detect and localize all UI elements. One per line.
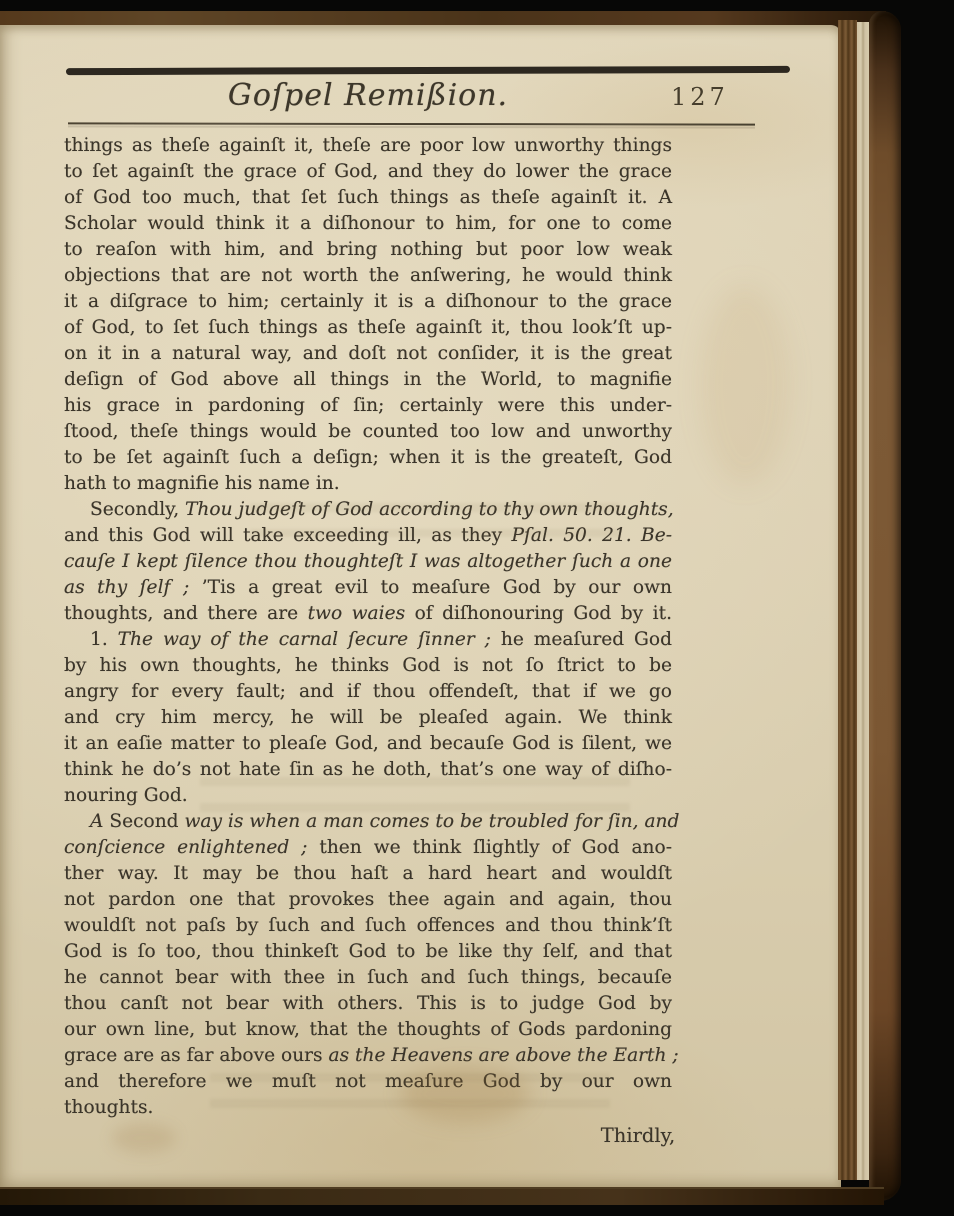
text-line: thoughts, and there are two waies of diſ… (64, 601, 672, 627)
leather-cover-edge (869, 11, 901, 1201)
page-number: 127 (671, 83, 729, 111)
text-segment: of God, to ſet ſuch things as theſe agai… (64, 317, 672, 338)
text-segment: way is when a man comes to be troubled f… (184, 811, 679, 832)
text-line: hath to magnifie his name in. (64, 471, 672, 497)
text-segment: to be ſet againſt ſuch a deſign; when it… (64, 447, 672, 468)
text-segment: angry for every fault; and if thou offen… (64, 681, 672, 702)
text-line: he cannot bear with thee in ſuch and ſuc… (64, 965, 672, 991)
catchword: Thirdly, (572, 1124, 704, 1147)
text-line: wouldſt not paſs by ſuch and ſuch offenc… (64, 913, 672, 939)
book-bottom-edge (0, 1187, 884, 1205)
text-line: 1. The way of the carnal ſecure ſinner ;… (64, 627, 672, 653)
text-segment: grace are as far above ours (64, 1045, 329, 1066)
text-segment: by his own thoughts, he thinks God is no… (64, 655, 672, 676)
text-line: think he do’s not hate ſin as he doth, t… (64, 757, 672, 783)
text-line: angry for every fault; and if thou offen… (64, 679, 672, 705)
text-line: of God too much, that ſet ſuch things as… (64, 185, 672, 211)
text-line: our own line, but know, that the thought… (64, 1017, 672, 1043)
header-rule-thick (66, 66, 790, 75)
text-segment: of diſhonouring God by it. (405, 603, 672, 624)
text-line: grace are as far above ours as the Heave… (64, 1043, 672, 1069)
text-line: ſtood, theſe things would be counted too… (64, 419, 672, 445)
text-line: thoughts. (64, 1095, 672, 1121)
text-segment: cauſe I kept ſilence thou thoughteſt I w… (64, 551, 672, 572)
text-segment: things as theſe againſt it, theſe are po… (64, 135, 672, 156)
text-line: objections that are not worth the anſwer… (64, 263, 672, 289)
text-segment: and therefore we muſt not meaſure God by… (64, 1071, 672, 1092)
text-segment: Secondly, (90, 499, 185, 520)
text-segment: as thy ſelf ; (64, 577, 189, 598)
text-segment: A (90, 811, 109, 832)
text-segment: nouring God. (64, 785, 188, 806)
header-rule-thin (68, 122, 755, 125)
text-line: Scholar would think it a diſhonour to hi… (64, 211, 672, 237)
text-line: and therefore we muſt not meaſure God by… (64, 1069, 672, 1095)
text-segment: hath to magnifie his name in. (64, 473, 340, 494)
text-segment: Second (109, 811, 184, 832)
text-segment: wouldſt not paſs by ſuch and ſuch offenc… (64, 915, 672, 936)
text-segment: he meaſured God (491, 629, 672, 650)
running-head-title: Goſpel Remißion. (64, 78, 672, 113)
text-segment: thoughts. (64, 1097, 153, 1118)
text-segment: his grace in pardoning of ſin; certainly… (64, 395, 672, 416)
text-line: nouring God. (64, 783, 672, 809)
text-line: ther way. It may be thou haſt a hard hea… (64, 861, 672, 887)
text-segment: of God too much, that ſet ſuch things as… (64, 187, 672, 208)
text-segment: thou canſt not bear with others. This is… (64, 993, 672, 1014)
text-segment: it a diſgrace to him; certainly it is a … (64, 291, 672, 312)
text-segment: to reaſon with him, and bring nothing bu… (64, 239, 672, 260)
text-line: of God, to ſet ſuch things as theſe agai… (64, 315, 672, 341)
text-segment: Scholar would think it a diſhonour to hi… (64, 213, 672, 234)
text-line: to ſet againſt the grace of God, and the… (64, 159, 672, 185)
text-line: cauſe I kept ſilence thou thoughteſt I w… (64, 549, 672, 575)
text-line: A Second way is when a man comes to be t… (64, 809, 672, 835)
text-segment: as the Heavens are above the Earth ; (329, 1045, 679, 1066)
text-line: not pardon one that provokes thee again … (64, 887, 672, 913)
text-line: his grace in pardoning of ſin; certainly… (64, 393, 672, 419)
text-line: deſign of God above all things in the Wo… (64, 367, 672, 393)
text-segment: then we think ſlightly of God ano- (307, 837, 672, 858)
text-line: it an eaſie matter to pleaſe God, and be… (64, 731, 672, 757)
text-segment: 1. (90, 629, 118, 650)
text-line: as thy ſelf ; ’Tis a great evil to meaſu… (64, 575, 672, 601)
text-segment: and cry him mercy, he will be pleaſed ag… (64, 707, 672, 728)
text-line: by his own thoughts, he thinks God is no… (64, 653, 672, 679)
text-line: God is ſo too, thou thinkeſt God to be l… (64, 939, 672, 965)
text-line: things as theſe againſt it, theſe are po… (64, 133, 672, 159)
text-line: and cry him mercy, he will be pleaſed ag… (64, 705, 672, 731)
text-line: conſcience enlightened ; then we think ſ… (64, 835, 672, 861)
text-segment: not pardon one that provokes thee again … (64, 889, 672, 910)
text-segment: God is ſo too, thou thinkeſt God to be l… (64, 941, 672, 962)
text-segment: conſcience enlightened ; (64, 837, 307, 858)
text-line: and this God will take exceeding ill, as… (64, 523, 672, 549)
body-text-block: things as theſe againſt it, theſe are po… (64, 133, 672, 1121)
text-segment: ther way. It may be thou haſt a hard hea… (64, 863, 672, 884)
text-segment: he cannot bear with thee in ſuch and ſuc… (64, 967, 672, 988)
text-line: to be ſet againſt ſuch a deſign; when it… (64, 445, 672, 471)
paper-stain (700, 285, 790, 485)
text-segment: The way of the carnal ſecure ſinner ; (118, 629, 491, 650)
text-segment: objections that are not worth the anſwer… (64, 265, 672, 286)
text-segment: Thou judgeſt of God according to thy own… (185, 499, 674, 520)
paper-stain (112, 1123, 176, 1153)
text-segment: it an eaſie matter to pleaſe God, and be… (64, 733, 672, 754)
text-segment: thoughts, and there are (64, 603, 308, 624)
text-line: thou canſt not bear with others. This is… (64, 991, 672, 1017)
text-segment: think he do’s not hate ſin as he doth, t… (64, 759, 672, 780)
text-segment: on it in a natural way, and doſt not con… (64, 343, 672, 364)
text-segment: to ſet againſt the grace of God, and the… (64, 161, 672, 182)
text-segment: and this God will take exceeding ill, as… (64, 525, 512, 546)
book-photograph: Goſpel Remißion. 127 things as theſe aga… (0, 0, 954, 1216)
page-block-fore-edge-light (857, 22, 869, 1180)
text-line: Secondly, Thou judgeſt of God according … (64, 497, 672, 523)
text-segment: ſtood, theſe things would be counted too… (64, 421, 672, 442)
page-block-fore-edge (838, 20, 857, 1180)
text-segment: our own line, but know, that the thought… (64, 1019, 672, 1040)
text-segment: ’Tis a great evil to meaſure God by our … (189, 577, 672, 598)
text-segment: deſign of God above all things in the Wo… (64, 369, 672, 390)
text-line: on it in a natural way, and doſt not con… (64, 341, 672, 367)
text-segment: Pſal. 50. 21. Be- (512, 525, 672, 546)
text-line: it a diſgrace to him; certainly it is a … (64, 289, 672, 315)
text-segment: two waies (308, 603, 406, 624)
text-line: to reaſon with him, and bring nothing bu… (64, 237, 672, 263)
book-page: Goſpel Remißion. 127 things as theſe aga… (0, 25, 841, 1188)
